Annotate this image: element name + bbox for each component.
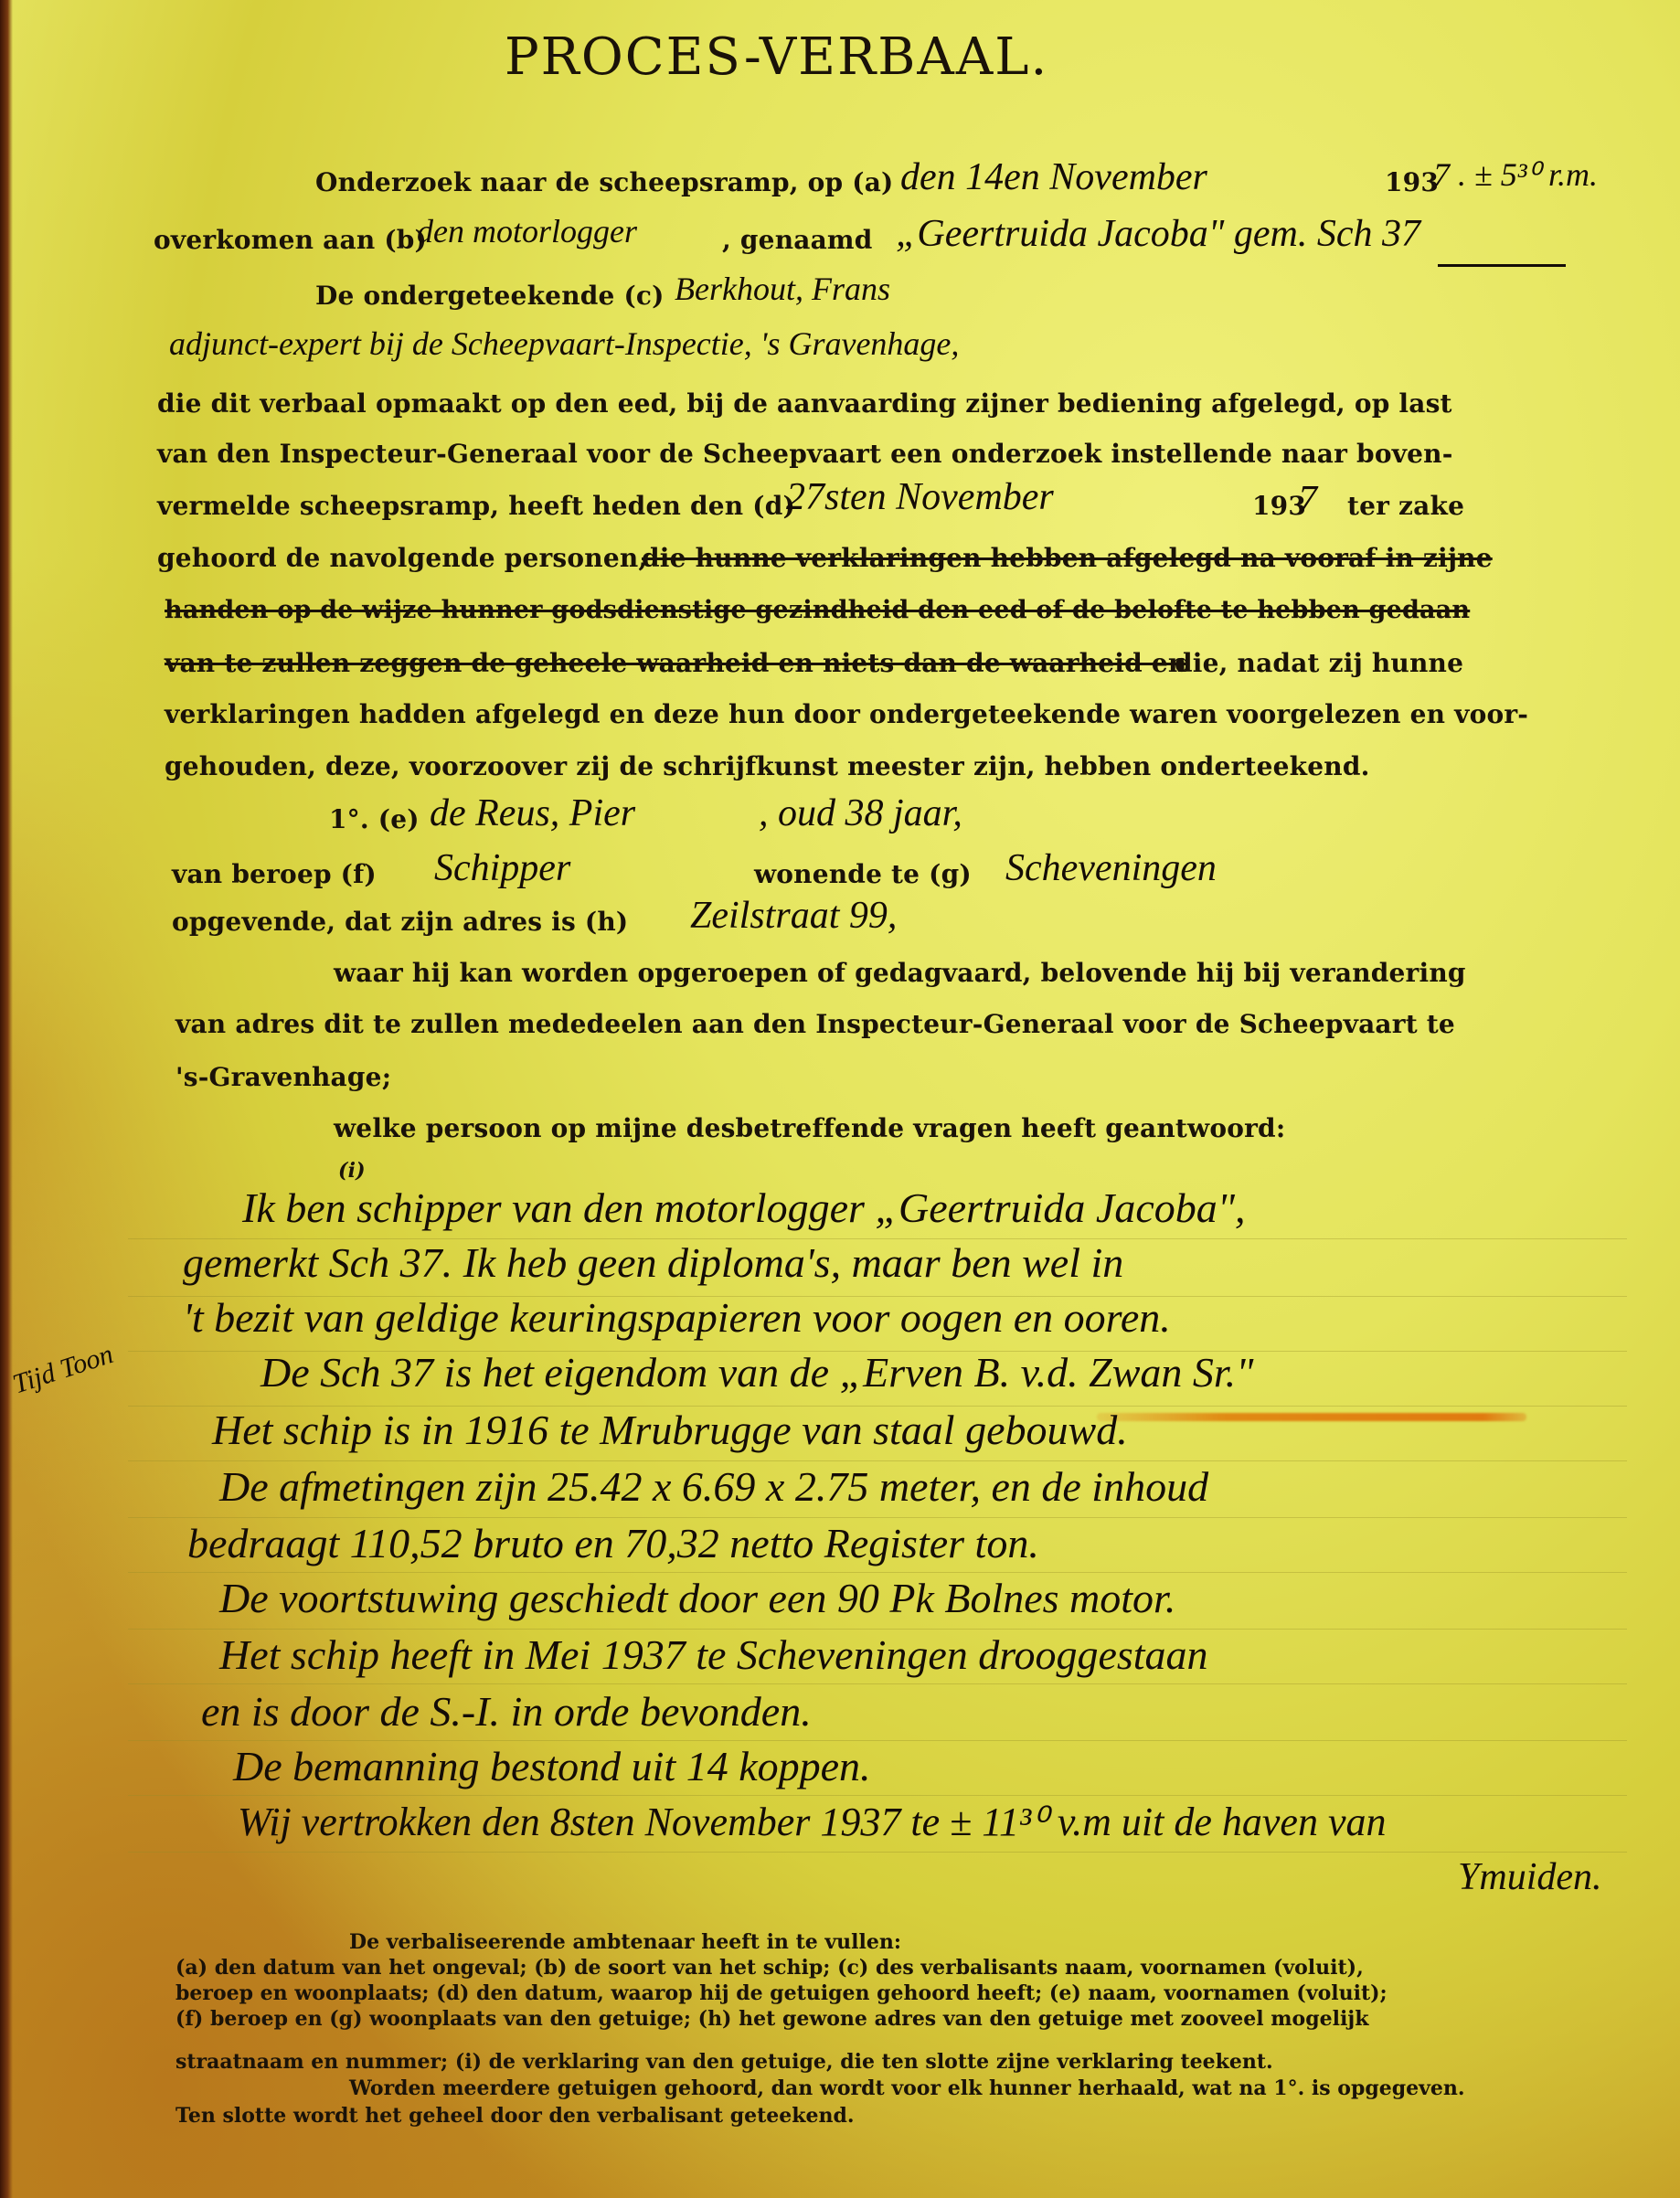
clause-2: van adres dit te zullen mededeelen aan d… xyxy=(175,1009,1455,1039)
footnote-line: beroep en woonplaats; (d) den datum, waa… xyxy=(175,1981,1388,2005)
occupation-hand: Schipper xyxy=(434,846,570,890)
body-line9-struck: handen op de wijze hunner godsdienstige … xyxy=(165,596,1470,624)
ship-name-hand: „Geertruida Jacoba" gem. Sch 37 xyxy=(896,212,1420,256)
footnote-line: Worden meerdere getuigen gehoord, dan wo… xyxy=(349,2076,1465,2100)
body-line10-struck: van te zullen zeggen de geheele waarheid… xyxy=(165,648,1186,678)
clause-3: 's-Gravenhage; xyxy=(175,1062,391,1092)
witness-number: 1°. (e) xyxy=(329,804,420,834)
body-line12: gehouden, deze, voorzoover zij de schrij… xyxy=(165,751,1370,781)
residence-hand: Scheveningen xyxy=(1005,846,1217,890)
ship-type-hand: den motorlogger xyxy=(417,212,637,250)
footnote-line: Ten slotte wordt het geheel door den ver… xyxy=(175,2104,855,2128)
statement-line: Het schip is in 1916 te Mrubrugge van st… xyxy=(212,1406,1128,1454)
investigator-title-hand: adjunct-expert bij de Scheepvaart-Inspec… xyxy=(169,324,959,363)
occupation-label: van beroep (f) xyxy=(172,859,377,889)
hearing-year-hand: 7 xyxy=(1298,478,1317,522)
address-hand: Zeilstraat 99, xyxy=(690,894,897,938)
body-line5: die dit verbaal opmaakt op den eed, bij … xyxy=(157,388,1452,419)
statement-line: Ik ben schipper van den motorlogger „Gee… xyxy=(242,1184,1246,1232)
orange-pencil-underline xyxy=(1097,1413,1526,1421)
intro-line2-print: overkomen aan (b) xyxy=(154,225,427,255)
statement-line: Wij vertrokken den 8sten November 1937 t… xyxy=(238,1799,1386,1845)
intro-line3-print: De ondergeteekende (c) xyxy=(315,281,665,311)
footnote-heading: De verbaliseerende ambtenaar heeft in te… xyxy=(349,1930,901,1954)
residence-label: wonende te (g) xyxy=(754,859,972,889)
body-line8-print: gehoord de navolgende personen, xyxy=(157,543,647,573)
statement-line: Het schip heeft in Mei 1937 te Schevenin… xyxy=(219,1630,1208,1679)
footnote-line: (a) den datum van het ongeval; (b) de so… xyxy=(175,1956,1364,1980)
footnote-line: (f) beroep en (g) woonplaats van den get… xyxy=(175,2007,1369,2031)
body-line10-print: die, nadat zij hunne xyxy=(1175,648,1463,678)
incident-date-hand: den 14en November xyxy=(900,155,1207,199)
body-line6: van den Inspecteur-Generaal voor de Sche… xyxy=(157,439,1453,469)
document-title: PROCES-VERBAAL. xyxy=(505,27,1048,87)
statement-line: bedraagt 110,52 bruto en 70,32 netto Reg… xyxy=(187,1519,1039,1567)
margin-annotation: Tijd Toon xyxy=(9,1339,117,1400)
investigator-name-hand: Berkhout, Frans xyxy=(675,270,890,308)
statement-line: gemerkt Sch 37. Ik heb geen diploma's, m… xyxy=(183,1238,1123,1287)
page-edge-shadow xyxy=(0,0,13,2198)
marker-i: (i) xyxy=(338,1159,366,1183)
intro-line2-named: , genaamd xyxy=(722,225,873,255)
body-line7-print: vermelde scheepsramp, heeft heden den (d… xyxy=(157,491,795,521)
body-line8-struck: die hunne verklaringen hebben afgelegd n… xyxy=(642,543,1493,573)
intro-line1-print: Onderzoek naar de scheepsramp, op (a) xyxy=(315,167,894,197)
witness-age-hand: , oud 38 jaar, xyxy=(759,791,962,835)
clause-1: waar hij kan worden opgeroepen of gedagv… xyxy=(334,958,1466,988)
statement-line: De afmetingen zijn 25.42 x 6.69 x 2.75 m… xyxy=(219,1462,1208,1511)
incident-year-print: 193 xyxy=(1385,167,1439,197)
body-line11: verklaringen hadden afgelegd en deze hun… xyxy=(165,699,1528,729)
address-label: opgevende, dat zijn adres is (h) xyxy=(172,907,628,937)
statement-line: De bemanning bestond uit 14 koppen. xyxy=(233,1742,871,1790)
ship-mark-underline xyxy=(1438,264,1566,267)
clause-4: welke persoon op mijne desbetreffende vr… xyxy=(334,1113,1285,1143)
statement-line: Ymuiden. xyxy=(1458,1855,1602,1899)
witness-name-hand: de Reus, Pier xyxy=(430,791,635,835)
footnote-line: straatnaam en nummer; (i) de verklaring … xyxy=(175,2050,1273,2074)
statement-line: De Sch 37 is het eigendom van de „Erven … xyxy=(261,1348,1254,1396)
statement-line: 't bezit van geldige keuringspapieren vo… xyxy=(183,1293,1171,1342)
incident-year-hand: 7 . ± 5³⁰ r.m. xyxy=(1433,155,1598,194)
statement-line: en is door de S.-I. in orde bevonden. xyxy=(201,1687,812,1736)
body-line7-tail: ter zake xyxy=(1347,491,1464,521)
hearing-date-hand: 27sten November xyxy=(786,475,1054,519)
statement-line: De voortstuwing geschiedt door een 90 Pk… xyxy=(219,1574,1175,1622)
